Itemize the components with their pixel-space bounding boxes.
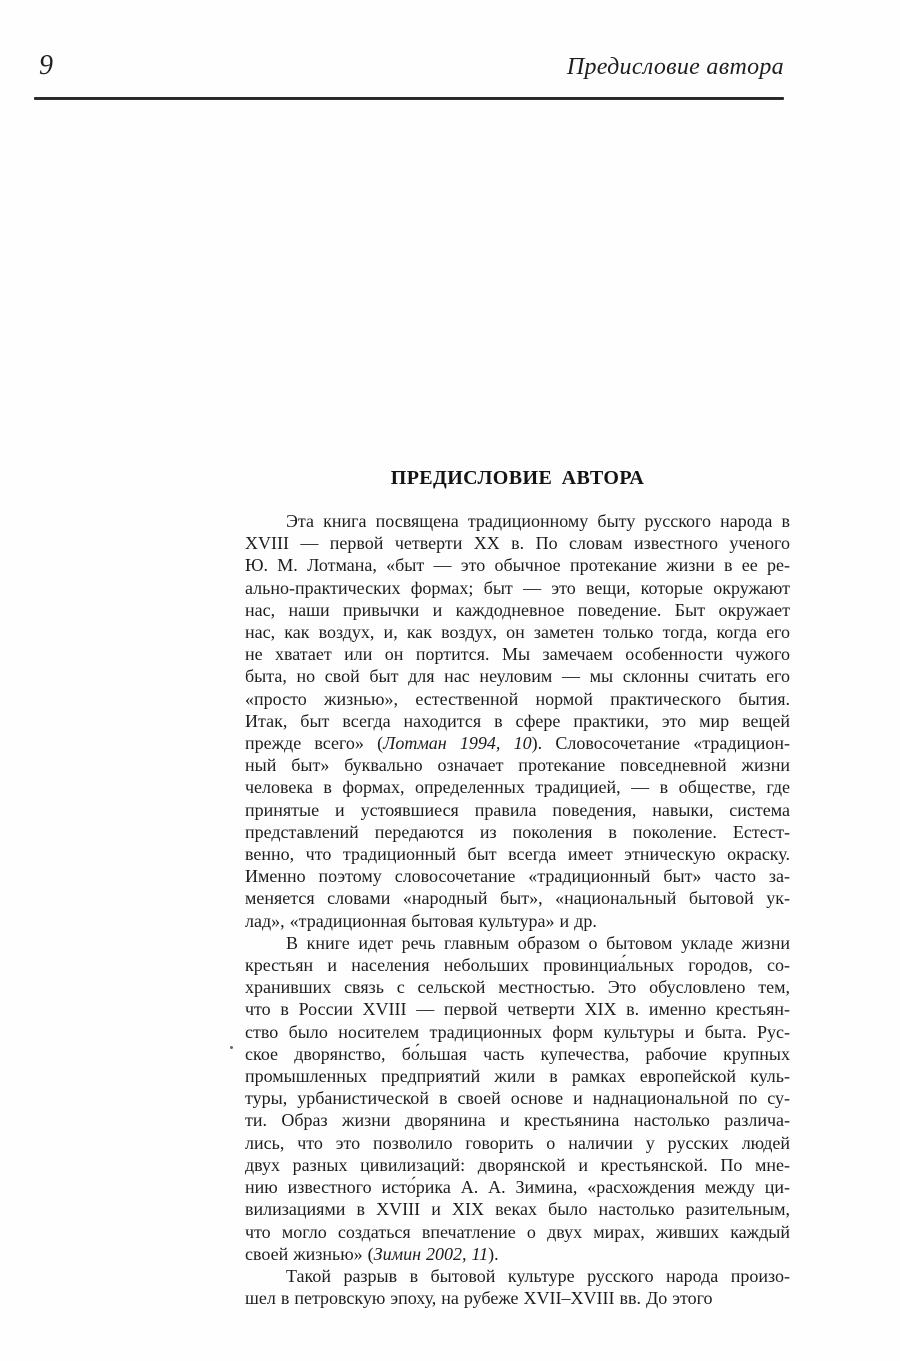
running-header: 9 Предисловие автора (34, 50, 784, 82)
text-line: не хватает или он портится. Мы замечаем … (245, 643, 790, 665)
paragraph: Эта книга посвящена традиционному быту р… (245, 510, 790, 932)
text-segment: ). Словосочетание «традицион- (532, 733, 790, 753)
text-segment: принятые и устоявшиеся правила поведения… (245, 800, 790, 820)
text-segment: двух разных цивилизаций: дворянской и кр… (245, 1155, 790, 1175)
text-segment: венно, что традиционный быт всегда имеет… (245, 844, 790, 864)
text-segment: лись, что это позволило говорить о налич… (245, 1133, 790, 1153)
text-segment: Именно поэтому словосочетание «традицион… (245, 866, 790, 886)
text-segment: промышленных предприятий жили в рамках е… (245, 1066, 790, 1086)
text-segment: Эта книга посвящена традиционному быту р… (286, 511, 790, 531)
text-segment: шел в петровскую эпоху, на рубеже XVII–X… (245, 1288, 713, 1308)
text-line: ти. Образ жизни дворянина и крестьянина … (245, 1109, 790, 1131)
text-segment: Такой разрыв в бытовой культуре русского… (286, 1266, 790, 1286)
text-segment: «просто жизнью», естественной нормой пра… (245, 689, 790, 709)
text-segment: крестьян и населения небольших провинциа… (245, 955, 790, 975)
text-segment: В книге идет речь главным образом о быто… (286, 933, 790, 953)
text-line: Такой разрыв в бытовой культуре русского… (245, 1265, 790, 1287)
text-line: лись, что это позволило говорить о налич… (245, 1132, 790, 1154)
paragraph: Такой разрыв в бытовой культуре русского… (245, 1265, 790, 1309)
book-page: 9 Предисловие автора ПРЕДИСЛОВИЕ АВТОРА … (0, 0, 900, 1361)
text-line: ный быт» буквально означает протекание п… (245, 754, 790, 776)
text-segment: XVIII — первой четверти XX в. По словам … (245, 533, 790, 553)
text-line: Итак, быт всегда находится в сфере практ… (245, 710, 790, 732)
text-line: человека в формах, определенных традицие… (245, 776, 790, 798)
text-line: венно, что традиционный быт всегда имеет… (245, 843, 790, 865)
text-line: своей жизнью» (Зимин 2002, 11). (245, 1243, 790, 1265)
text-segment: нас, как воздух, и, как воздух, он замет… (245, 622, 790, 642)
text-segment: ально-практических формах; быт — это вещ… (245, 578, 790, 598)
text-line: вилизациями в XVIII и XIX веках было нас… (245, 1198, 790, 1220)
scan-artifact-dot (230, 1046, 233, 1049)
page-body: ПРЕДИСЛОВИЕ АВТОРА Эта книга посвящена т… (245, 465, 790, 1309)
text-segment: не хватает или он портится. Мы замечаем … (245, 644, 790, 664)
citation: Лотман 1994, 10 (383, 733, 532, 753)
text-segment: ское дворянство, бо́льшая часть купечест… (245, 1044, 790, 1064)
text-line: что в России XVIII — первой четверти XIX… (245, 998, 790, 1020)
text-line: шел в петровскую эпоху, на рубеже XVII–X… (245, 1287, 790, 1309)
text-line: нас, как воздух, и, как воздух, он замет… (245, 621, 790, 643)
text-line: нас, наши привычки и каждодневное поведе… (245, 599, 790, 621)
text-line: лад», «традиционная бытовая культура» и … (245, 910, 790, 932)
text-segment: ). (488, 1244, 499, 1264)
text-line: крестьян и населения небольших провинциа… (245, 954, 790, 976)
text-segment: своей жизнью» ( (245, 1244, 374, 1264)
text-line: ство было носителем традиционных форм ку… (245, 1021, 790, 1043)
text-segment: прежде всего» ( (245, 733, 383, 753)
text-line: хранивших связь с сельской местностью. Э… (245, 976, 790, 998)
text-segment: представлений передаются из поколения в … (245, 822, 790, 842)
text-line: ально-практических формах; быт — это вещ… (245, 577, 790, 599)
body-text: Эта книга посвящена традиционному быту р… (245, 510, 790, 1309)
running-title: Предисловие автора (567, 54, 784, 81)
text-line: двух разных цивилизаций: дворянской и кр… (245, 1154, 790, 1176)
text-segment: ный быт» буквально означает протекание п… (245, 755, 790, 775)
text-segment: быта, но свой быт для нас неуловим — мы … (245, 666, 790, 686)
text-line: что могло создаться впечатление о двух м… (245, 1221, 790, 1243)
text-segment: хранивших связь с сельской местностью. Э… (245, 977, 790, 997)
text-line: «просто жизнью», естественной нормой пра… (245, 688, 790, 710)
text-line: В книге идет речь главным образом о быто… (245, 932, 790, 954)
text-line: ское дворянство, бо́льшая часть купечест… (245, 1043, 790, 1065)
chapter-heading: ПРЕДИСЛОВИЕ АВТОРА (245, 465, 790, 491)
text-segment: ти. Образ жизни дворянина и крестьянина … (245, 1110, 790, 1130)
text-segment: нас, наши привычки и каждодневное поведе… (245, 600, 790, 620)
text-line: меняется словами «народный быт», «национ… (245, 887, 790, 909)
text-line: быта, но свой быт для нас неуловим — мы … (245, 665, 790, 687)
text-line: прежде всего» (Лотман 1994, 10). Словосо… (245, 732, 790, 754)
text-segment: лад», «традиционная бытовая культура» и … (245, 911, 597, 931)
citation: Зимин 2002, 11 (374, 1244, 489, 1264)
page-number: 9 (34, 50, 53, 82)
text-line: Ю. М. Лотмана, «быт — это обычное протек… (245, 554, 790, 576)
paragraph: В книге идет речь главным образом о быто… (245, 932, 790, 1265)
text-line: представлений передаются из поколения в … (245, 821, 790, 843)
text-segment: меняется словами «народный быт», «национ… (245, 888, 790, 908)
text-segment: туры, урбанистической в своей основе и н… (245, 1088, 790, 1108)
text-segment: что в России XVIII — первой четверти XIX… (245, 999, 790, 1019)
text-segment: вилизациями в XVIII и XIX веках было нас… (245, 1199, 790, 1219)
text-segment: Ю. М. Лотмана, «быт — это обычное протек… (245, 555, 790, 575)
text-line: нию известного исто́рика А. А. Зимина, «… (245, 1176, 790, 1198)
text-line: Именно поэтому словосочетание «традицион… (245, 865, 790, 887)
text-segment: нию известного исто́рика А. А. Зимина, «… (245, 1177, 790, 1197)
text-segment: ство было носителем традиционных форм ку… (245, 1022, 790, 1042)
text-line: промышленных предприятий жили в рамках е… (245, 1065, 790, 1087)
text-segment: что могло создаться впечатление о двух м… (245, 1222, 790, 1242)
text-line: XVIII — первой четверти XX в. По словам … (245, 532, 790, 554)
text-segment: человека в формах, определенных традицие… (245, 777, 790, 797)
text-line: туры, урбанистической в своей основе и н… (245, 1087, 790, 1109)
text-line: принятые и устоявшиеся правила поведения… (245, 799, 790, 821)
text-line: Эта книга посвящена традиционному быту р… (245, 510, 790, 532)
text-segment: Итак, быт всегда находится в сфере практ… (245, 711, 790, 731)
header-rule (34, 97, 784, 100)
